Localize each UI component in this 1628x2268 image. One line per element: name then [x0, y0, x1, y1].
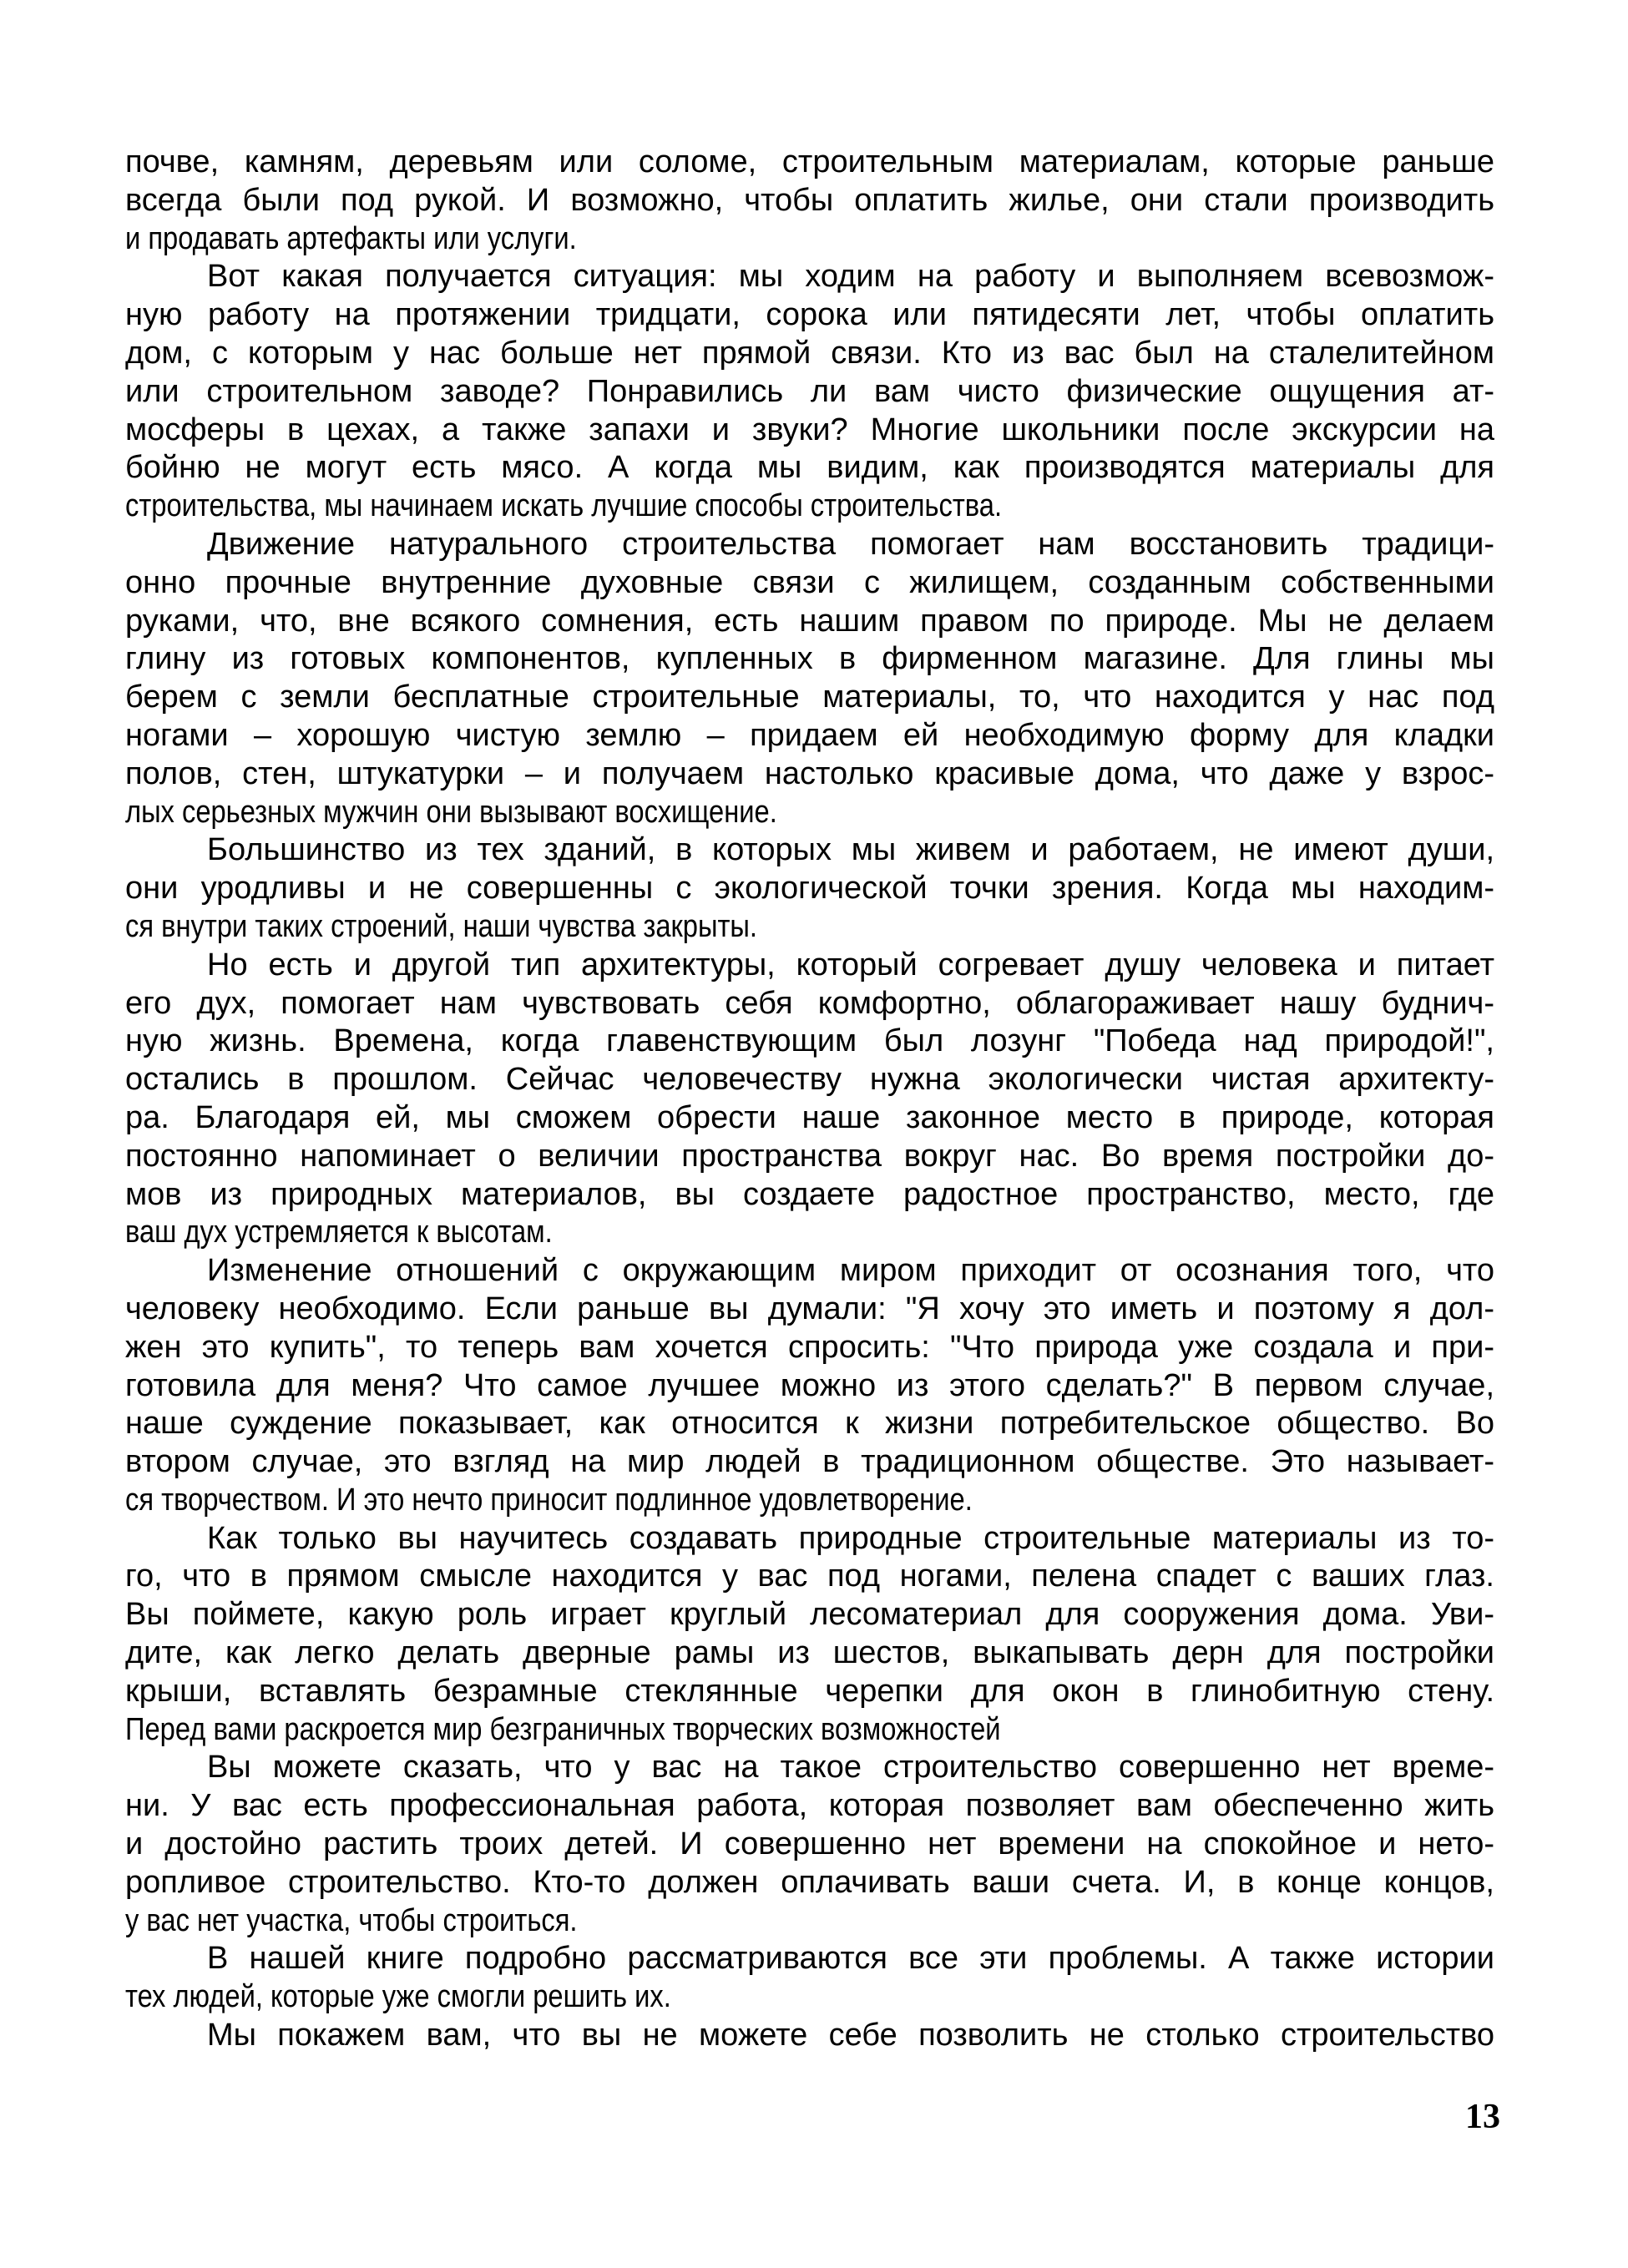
line-text: мов из природных материалов, вы создаете…: [125, 1176, 1494, 1215]
line-text: В нашей книге подробно рассматриваются в…: [207, 1940, 1494, 1978]
line-text: Вы поймете, какую роль играет круглый ле…: [125, 1596, 1494, 1634]
paragraph-first-line: Движение натурального строительства помо…: [125, 526, 1494, 564]
text-line: глину из готовых компонентов, купленных …: [125, 640, 1494, 679]
line-text: строительства, мы начинаем искать лучшие…: [125, 487, 1002, 526]
line-text: Мы покажем вам, что вы не можете себе по…: [207, 2017, 1494, 2055]
text-line: его дух, помогает нам чувствовать себя к…: [125, 985, 1494, 1023]
text-line: остались в прошлом. Сейчас человечеству …: [125, 1061, 1494, 1099]
line-text: наше суждение показывает, как относится …: [125, 1405, 1494, 1443]
text-line: дом, с которым у нас больше нет прямой с…: [125, 335, 1494, 373]
line-text: человеку необходимо. Если раньше вы дума…: [125, 1291, 1494, 1329]
text-line: постоянно напоминает о величии пространс…: [125, 1138, 1494, 1176]
paragraph-last-line: и продавать артефакты или услуги.: [125, 220, 1494, 259]
line-text: крыши, вставлять безрамные стеклянные че…: [125, 1673, 1494, 1711]
text-line: руками, что, вне всякого сомнения, есть …: [125, 603, 1494, 641]
text-line: ную жизнь. Времена, когда главенствующим…: [125, 1023, 1494, 1061]
text-line: жен это купить", то теперь вам хочется с…: [125, 1329, 1494, 1367]
line-text: ную жизнь. Времена, когда главенствующим…: [125, 1023, 1494, 1061]
line-text: они уродливы и не совершенны с экологиче…: [125, 870, 1494, 908]
line-text: Перед вами раскроется мир безграничных т…: [125, 1711, 1001, 1750]
paragraph-last-line: тех людей, которые уже смогли решить их.: [125, 1978, 1494, 2017]
paragraph-last-line: ся творчеством. И это нечто приносит под…: [125, 1482, 1494, 1520]
line-text: или строительном заводе? Понравились ли …: [125, 373, 1494, 412]
line-text: полов, стен, штукатурки – и получаем нас…: [125, 755, 1494, 794]
line-text: бойню не могут есть мясо. А когда мы вид…: [125, 449, 1494, 487]
paragraph-last-line: строительства, мы начинаем искать лучшие…: [125, 487, 1494, 526]
line-text: тех людей, которые уже смогли решить их.: [125, 1978, 671, 2017]
line-text: руками, что, вне всякого сомнения, есть …: [125, 603, 1494, 641]
line-text: дите, как легко делать дверные рамы из ш…: [125, 1634, 1494, 1673]
line-text: всегда были под рукой. И возможно, чтобы…: [125, 182, 1494, 220]
text-line: ра. Благодаря ей, мы сможем обрести наше…: [125, 1099, 1494, 1138]
text-line: или строительном заводе? Понравились ли …: [125, 373, 1494, 412]
line-text: глину из готовых компонентов, купленных …: [125, 640, 1494, 679]
line-text: ра. Благодаря ей, мы сможем обрести наше…: [125, 1099, 1494, 1138]
paragraph-last-line: ваш дух устремляется к высотам.: [125, 1214, 1494, 1252]
line-text: Вы можете сказать, что у вас на такое ст…: [207, 1749, 1494, 1787]
text-line: они уродливы и не совершенны с экологиче…: [125, 870, 1494, 908]
body-text: почве, камням, деревьям или соломе, стро…: [125, 144, 1494, 2055]
line-text: остались в прошлом. Сейчас человечеству …: [125, 1061, 1494, 1099]
line-text: и продавать артефакты или услуги.: [125, 220, 577, 259]
line-text: Движение натурального строительства помо…: [207, 526, 1494, 564]
line-text: онно прочные внутренние духовные связи с…: [125, 564, 1494, 603]
text-line: всегда были под рукой. И возможно, чтобы…: [125, 182, 1494, 220]
line-text: го, что в прямом смысле находится у вас …: [125, 1558, 1494, 1596]
text-line: Вы поймете, какую роль играет круглый ле…: [125, 1596, 1494, 1634]
paragraph-first-line: Мы покажем вам, что вы не можете себе по…: [125, 2017, 1494, 2055]
text-line: берем с земли бесплатные строительные ма…: [125, 679, 1494, 717]
paragraph-last-line: лых серьезных мужчин они вызывают восхищ…: [125, 794, 1494, 832]
text-line: и достойно растить троих детей. И соверш…: [125, 1826, 1494, 1864]
line-text: Как только вы научитесь создавать природ…: [207, 1520, 1494, 1558]
text-line: дите, как легко делать дверные рамы из ш…: [125, 1634, 1494, 1673]
line-text: почве, камням, деревьям или соломе, стро…: [125, 144, 1494, 182]
text-line: го, что в прямом смысле находится у вас …: [125, 1558, 1494, 1596]
line-text: у вас нет участка, чтобы строиться.: [125, 1902, 578, 1941]
paragraph-first-line: Но есть и другой тип архитектуры, которы…: [125, 947, 1494, 985]
text-line: мосферы в цехах, а также запахи и звуки?…: [125, 412, 1494, 450]
paragraph-first-line: Вот какая получается ситуация: мы ходим …: [125, 258, 1494, 296]
line-text: готовила для меня? Что самое лучшее можн…: [125, 1367, 1494, 1406]
text-line: бойню не могут есть мясо. А когда мы вид…: [125, 449, 1494, 487]
line-text: Большинство из тех зданий, в которых мы …: [207, 831, 1494, 870]
line-text: и достойно растить троих детей. И соверш…: [125, 1826, 1494, 1864]
paragraph-first-line: Как только вы научитесь создавать природ…: [125, 1520, 1494, 1558]
text-line: человеку необходимо. Если раньше вы дума…: [125, 1291, 1494, 1329]
line-text: его дух, помогает нам чувствовать себя к…: [125, 985, 1494, 1023]
text-line: ную работу на протяжении тридцати, сорок…: [125, 296, 1494, 335]
paragraph-first-line: Изменение отношений с окружающим миром п…: [125, 1252, 1494, 1291]
text-line: ропливое строительство. Кто-то должен оп…: [125, 1864, 1494, 1902]
paragraph-last-line: Перед вами раскроется мир безграничных т…: [125, 1711, 1494, 1750]
paragraph-last-line: ся внутри таких строений, наши чувства з…: [125, 908, 1494, 947]
paragraph-first-line: В нашей книге подробно рассматриваются в…: [125, 1940, 1494, 1978]
text-line: готовила для меня? Что самое лучшее можн…: [125, 1367, 1494, 1406]
line-text: ся творчеством. И это нечто приносит под…: [125, 1482, 973, 1520]
text-line: полов, стен, штукатурки – и получаем нас…: [125, 755, 1494, 794]
paragraph-first-line: Вы можете сказать, что у вас на такое ст…: [125, 1749, 1494, 1787]
line-text: ни. У вас есть профессиональная работа, …: [125, 1787, 1494, 1826]
line-text: берем с земли бесплатные строительные ма…: [125, 679, 1494, 717]
text-line: наше суждение показывает, как относится …: [125, 1405, 1494, 1443]
line-text: ся внутри таких строений, наши чувства з…: [125, 908, 757, 947]
line-text: втором случае, это взгляд на мир людей в…: [125, 1443, 1494, 1482]
paragraph-last-line: у вас нет участка, чтобы строиться.: [125, 1902, 1494, 1941]
line-text: мосферы в цехах, а также запахи и звуки?…: [125, 412, 1494, 450]
line-text: ваш дух устремляется к высотам.: [125, 1214, 553, 1252]
line-text: ропливое строительство. Кто-то должен оп…: [125, 1864, 1494, 1902]
document-page: почве, камням, деревьям или соломе, стро…: [0, 0, 1628, 2268]
text-line: почве, камням, деревьям или соломе, стро…: [125, 144, 1494, 182]
text-line: мов из природных материалов, вы создаете…: [125, 1176, 1494, 1215]
paragraph-first-line: Большинство из тех зданий, в которых мы …: [125, 831, 1494, 870]
line-text: ную работу на протяжении тридцати, сорок…: [125, 296, 1494, 335]
line-text: Вот какая получается ситуация: мы ходим …: [207, 258, 1494, 296]
text-line: втором случае, это взгляд на мир людей в…: [125, 1443, 1494, 1482]
text-line: крыши, вставлять безрамные стеклянные че…: [125, 1673, 1494, 1711]
line-text: дом, с которым у нас больше нет прямой с…: [125, 335, 1494, 373]
line-text: Изменение отношений с окружающим миром п…: [207, 1252, 1494, 1291]
text-line: ни. У вас есть профессиональная работа, …: [125, 1787, 1494, 1826]
line-text: жен это купить", то теперь вам хочется с…: [125, 1329, 1494, 1367]
page-number: 13: [1465, 2097, 1500, 2137]
line-text: ногами – хорошую чистую землю – придаем …: [125, 717, 1494, 755]
text-line: ногами – хорошую чистую землю – придаем …: [125, 717, 1494, 755]
line-text: постоянно напоминает о величии пространс…: [125, 1138, 1494, 1176]
line-text: лых серьезных мужчин они вызывают восхищ…: [125, 794, 777, 832]
text-line: онно прочные внутренние духовные связи с…: [125, 564, 1494, 603]
line-text: Но есть и другой тип архитектуры, которы…: [207, 947, 1494, 985]
